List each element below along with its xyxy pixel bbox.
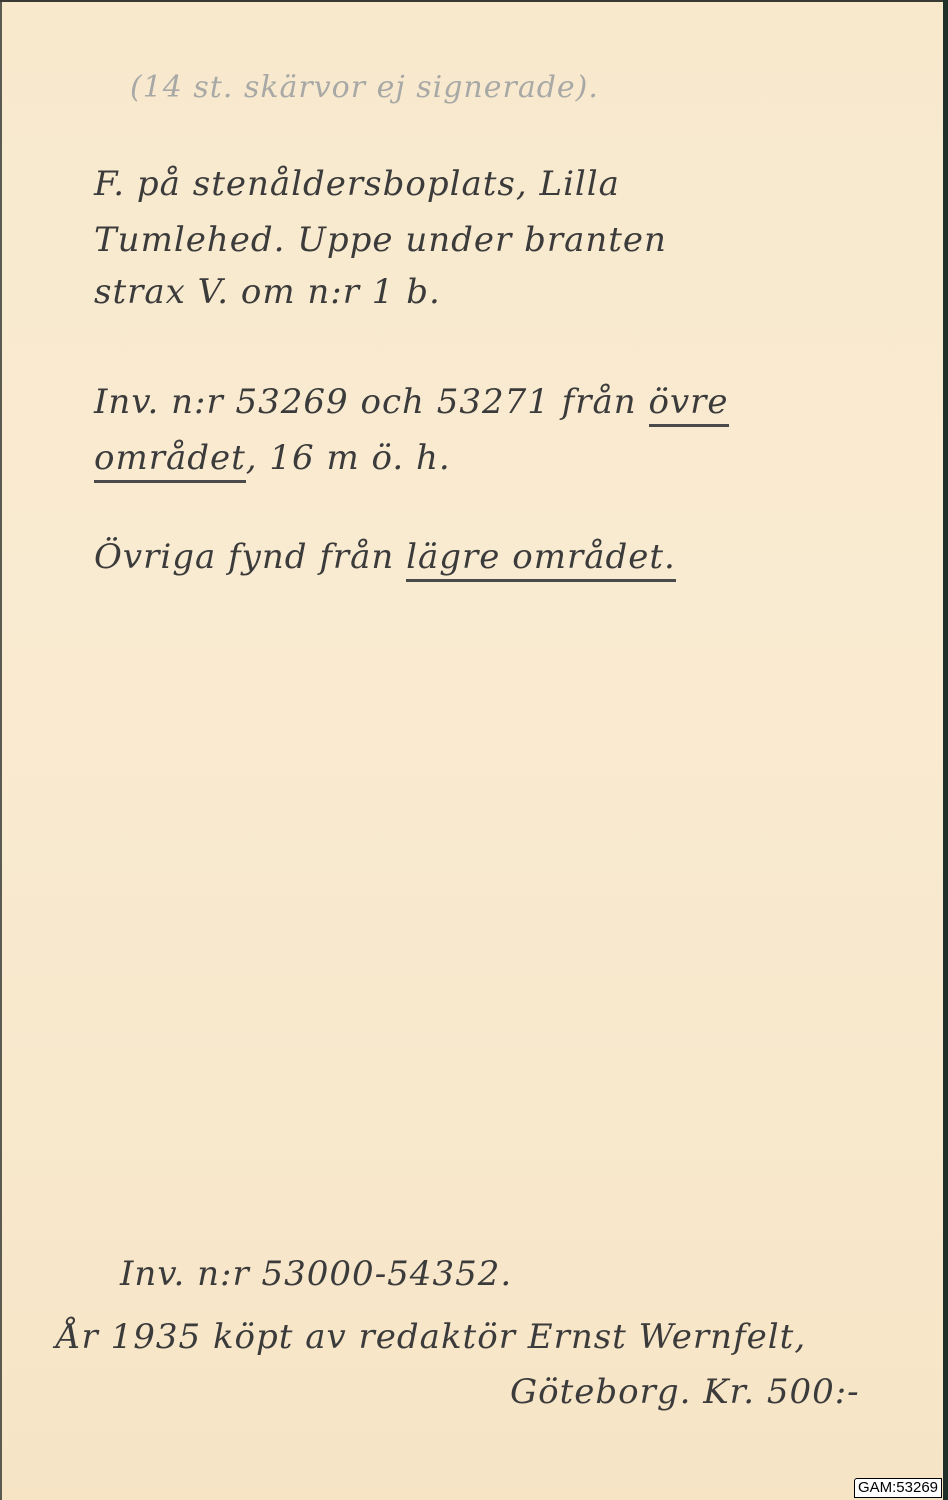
- place-and-price: Göteborg. Kr. 500:-: [510, 1372, 860, 1412]
- underlined-lower-area: lägre området.: [406, 537, 676, 582]
- other-finds-line: Övriga fynd från lägre området.: [94, 537, 676, 577]
- archive-id-label: GAM:53269: [854, 1478, 942, 1498]
- scan-right-edge: [943, 0, 948, 1500]
- inventory-upper-area-line-2: området, 16 m ö. h.: [94, 438, 451, 478]
- pencil-note: (14 st. skärvor ej signerade).: [130, 70, 599, 105]
- elevation-text: , 16 m ö. h.: [246, 438, 451, 478]
- inventory-numbers-text: Inv. n:r 53269 och 53271 från: [94, 382, 649, 422]
- find-location-line-2: Tumlehed. Uppe under branten: [94, 220, 667, 260]
- other-finds-text: Övriga fynd från: [94, 537, 406, 577]
- underlined-ovre: övre: [649, 382, 729, 427]
- catalogue-card: (14 st. skärvor ej signerade). F. på ste…: [0, 2, 943, 1500]
- find-location-line-3: strax V. om n:r 1 b.: [94, 272, 441, 312]
- inventory-upper-area-line-1: Inv. n:r 53269 och 53271 från övre: [94, 382, 729, 422]
- purchase-line: År 1935 köpt av redaktör Ernst Wernfelt,: [56, 1317, 806, 1357]
- inventory-range: Inv. n:r 53000-54352.: [120, 1254, 512, 1294]
- underlined-omradet: området: [94, 438, 246, 483]
- find-location-line-1: F. på stenåldersboplats, Lilla: [94, 164, 620, 204]
